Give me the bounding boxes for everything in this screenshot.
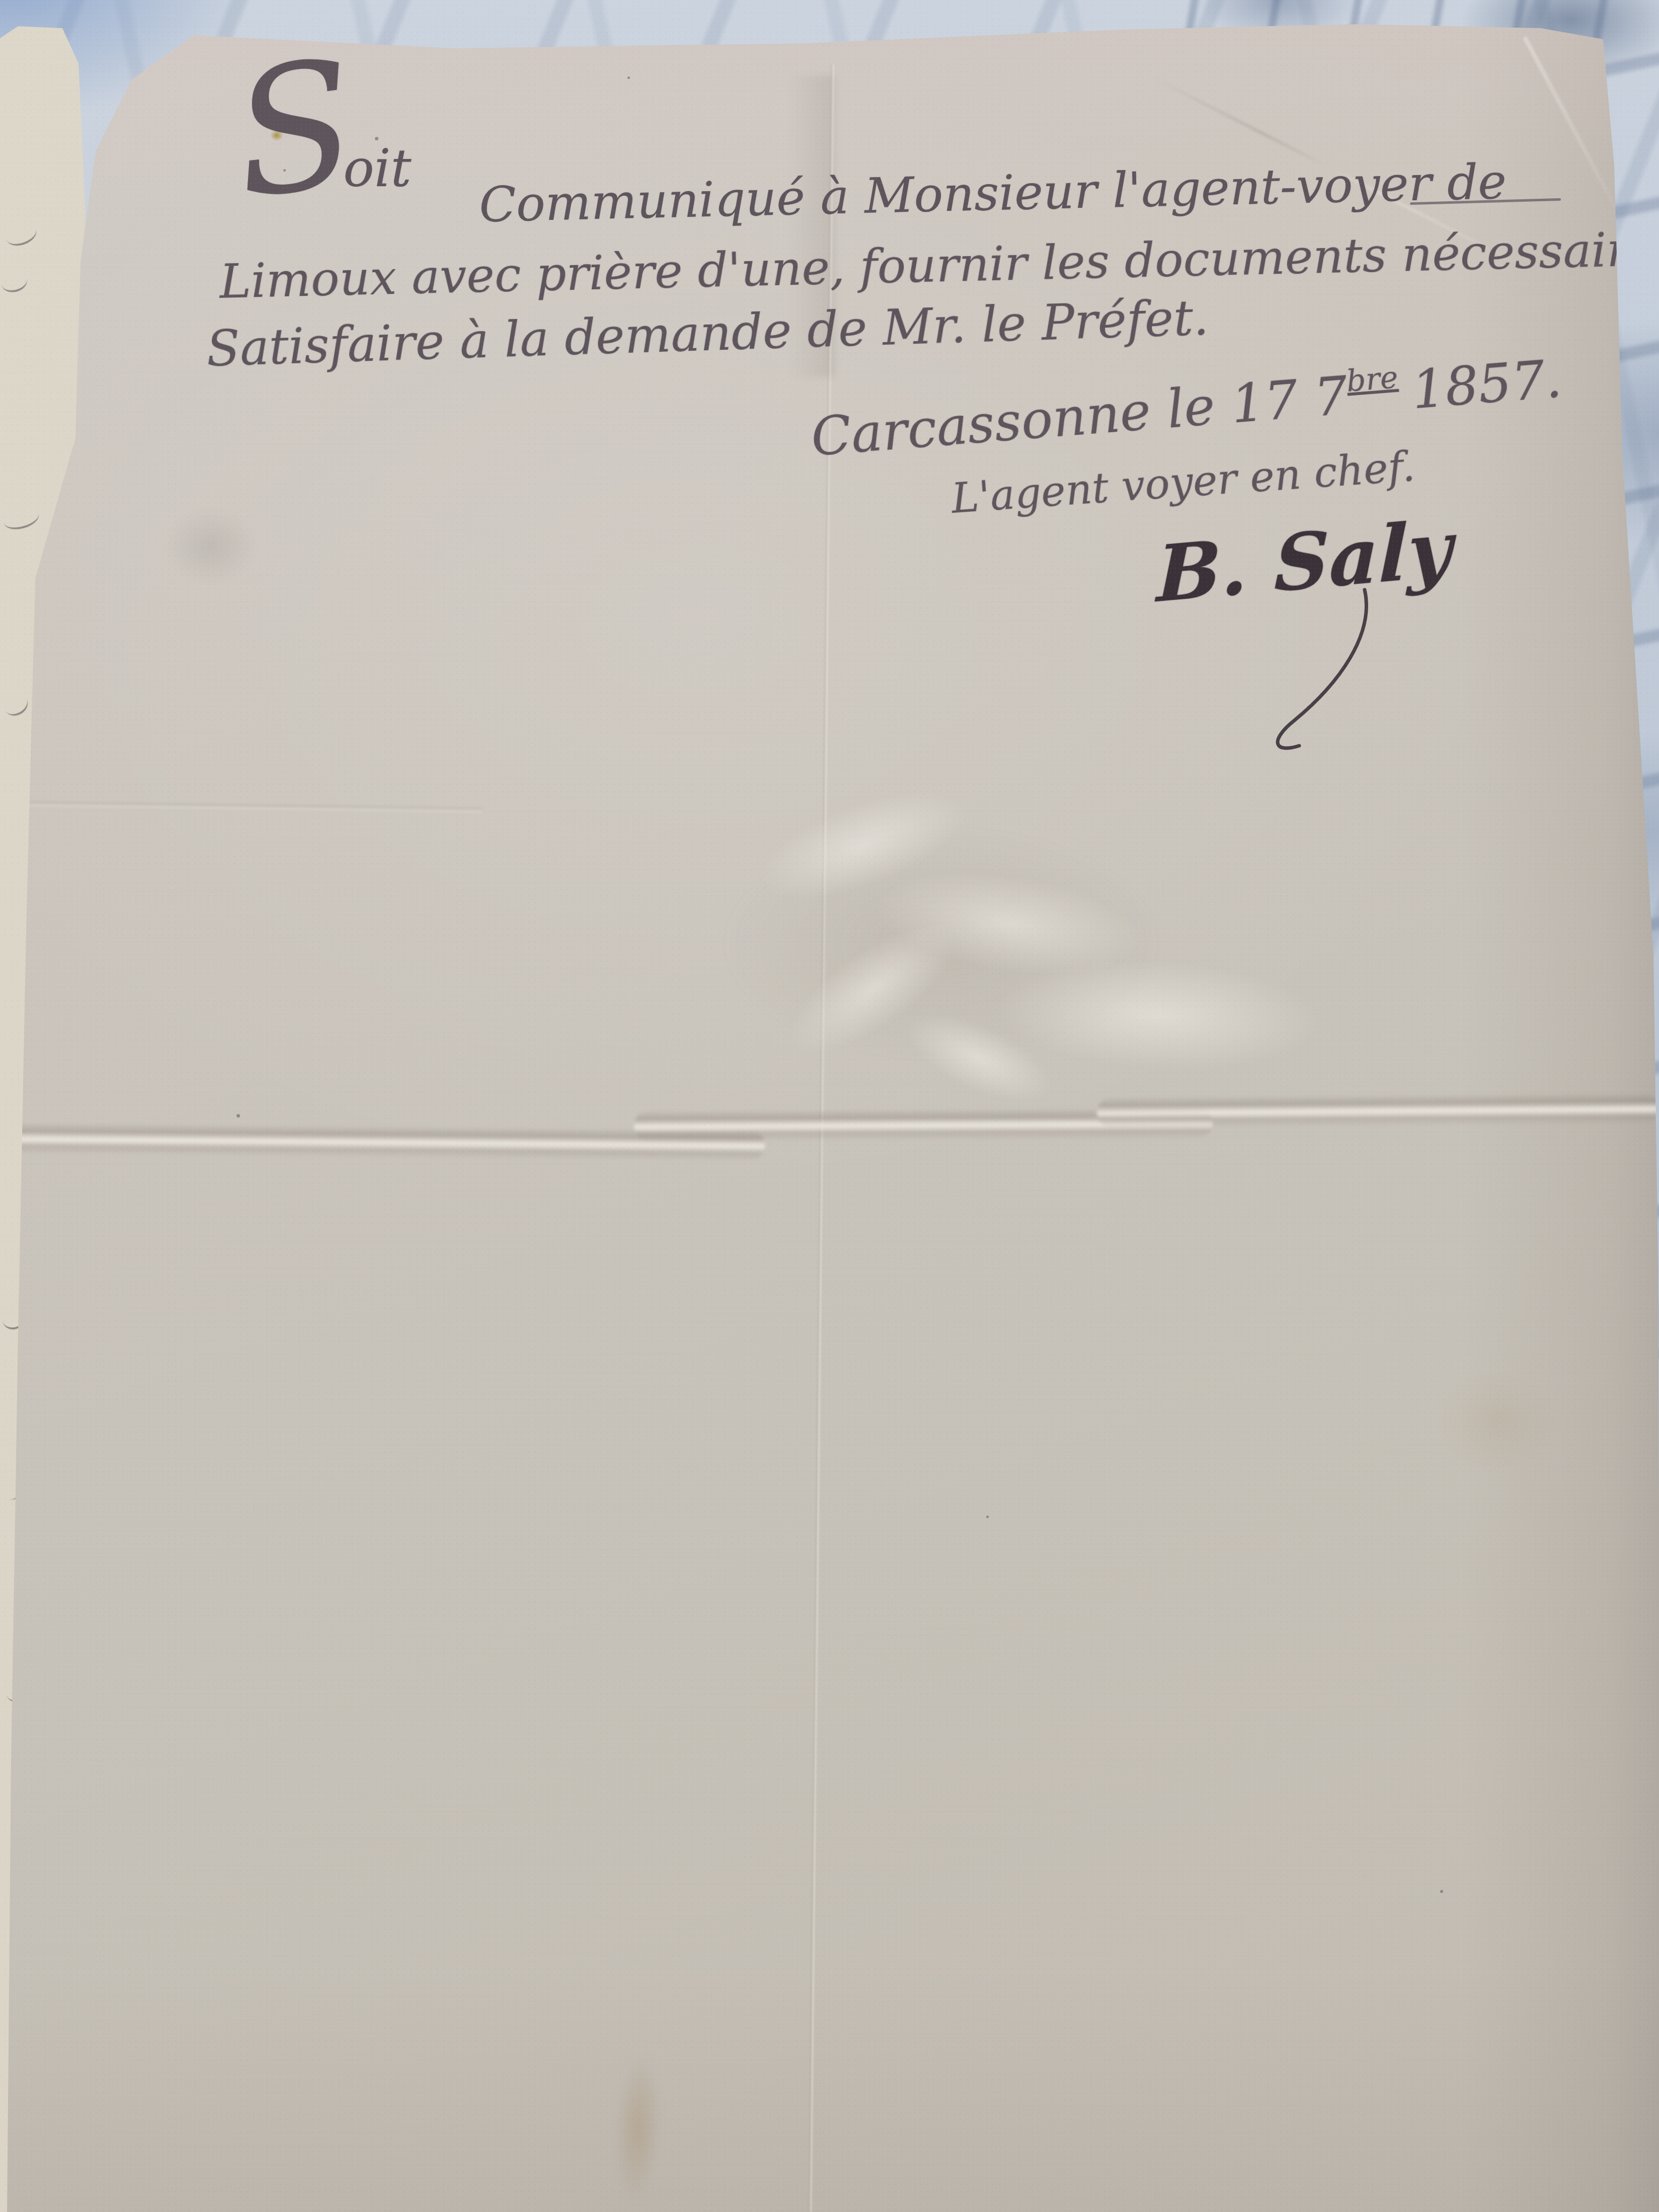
manuscript-role-line: L'agent voyer en chef. [950,443,1416,523]
left-minor-crease [0,801,483,812]
manuscript-line-2: Limoux avec prière d'une, fournir les do… [219,218,1659,309]
ink-speck [236,1114,240,1118]
photo-of-manuscript-letter: { "manuscript": { "opening_initial": "S"… [0,0,1659,2212]
ink-fragment [5,697,32,720]
horizontal-fold-crease [1097,1093,1659,1129]
signature-tail-flourish [1223,588,1389,759]
ink-speck [1440,1890,1443,1893]
tan-stain [1440,1374,1556,1469]
date-month-superscript: bre [1345,360,1399,399]
manuscript-dateline: Carcassonne le 17 7bre1857. [809,347,1563,468]
ink-fragment [6,227,39,250]
ink-speck [627,76,630,79]
ink-fragment [1,277,29,295]
ink-fragment [3,512,41,533]
opening-swash-initial: S [227,53,363,209]
ink-speck [986,1516,989,1518]
gray-smudge [166,508,257,584]
manuscript-line-1: Communiqué à Monsieur l'agent-voyer de [479,153,1507,233]
brown-stain [611,2052,665,2205]
manuscript-opening-word: Soit [235,59,411,202]
letter-sheet: Soit Communiqué à Monsieur l'agent-voyer… [0,0,1659,2212]
date-year: 1857. [1409,348,1563,421]
